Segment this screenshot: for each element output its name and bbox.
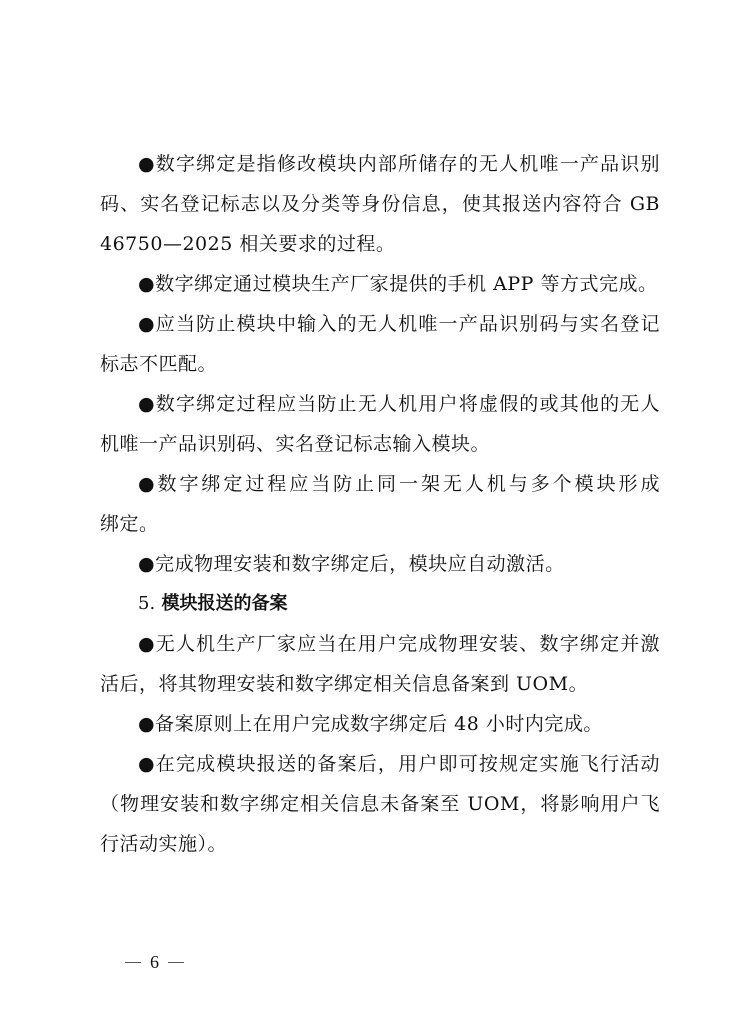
paragraph-line: 绑定。 (100, 509, 660, 539)
paragraph-line: 码、实名登记标志以及分类等身份信息，使其报送内容符合 GB (100, 189, 660, 219)
paragraph-line: 活后，将其物理安装和数字绑定相关信息备案到 UOM。 (100, 669, 660, 699)
dash-right (168, 962, 184, 963)
paragraph-line: （物理安装和数字绑定相关信息未备案至 UOM，将影响用户飞 (100, 789, 660, 819)
paragraph-line: ●无人机生产厂家应当在用户完成物理安装、数字绑定并激 (138, 629, 660, 659)
paragraph-line: 46750—2025 相关要求的过程。 (100, 229, 660, 259)
paragraph-line: ●数字绑定过程应当防止无人机用户将虚假的或其他的无人 (138, 389, 660, 419)
paragraph-line: ●数字绑定是指修改模块内部所储存的无人机唯一产品识别 (138, 149, 660, 179)
document-page: ●数字绑定是指修改模块内部所储存的无人机唯一产品识别 码、实名登记标志以及分类等… (0, 0, 750, 1024)
page-number-value: 6 (150, 950, 159, 974)
paragraph-line: ●在完成模块报送的备案后，用户即可按规定实施飞行活动 (138, 749, 660, 779)
dash-left (125, 962, 141, 963)
paragraph-line: ●数字绑定通过模块生产厂家提供的手机 APP 等方式完成。 (138, 269, 660, 299)
section-heading: 5. 模块报送的备案 (138, 589, 287, 619)
paragraph-line: ●备案原则上在用户完成数字绑定后 48 小时内完成。 (138, 709, 660, 739)
paragraph-line: 机唯一产品识别码、实名登记标志输入模块。 (100, 429, 660, 459)
paragraph-line: ●数字绑定过程应当防止同一架无人机与多个模块形成 (138, 469, 660, 499)
paragraph-line: ●完成物理安装和数字绑定后，模块应自动激活。 (138, 549, 660, 579)
page-number: 6 (116, 950, 193, 974)
paragraph-line: 标志不匹配。 (100, 349, 660, 379)
paragraph-line: ●应当防止模块中输入的无人机唯一产品识别码与实名登记 (138, 309, 660, 339)
section-title: 模块报送的备案 (161, 593, 287, 614)
section-number: 5. (138, 593, 155, 614)
paragraph-line: 行活动实施）。 (100, 829, 660, 859)
